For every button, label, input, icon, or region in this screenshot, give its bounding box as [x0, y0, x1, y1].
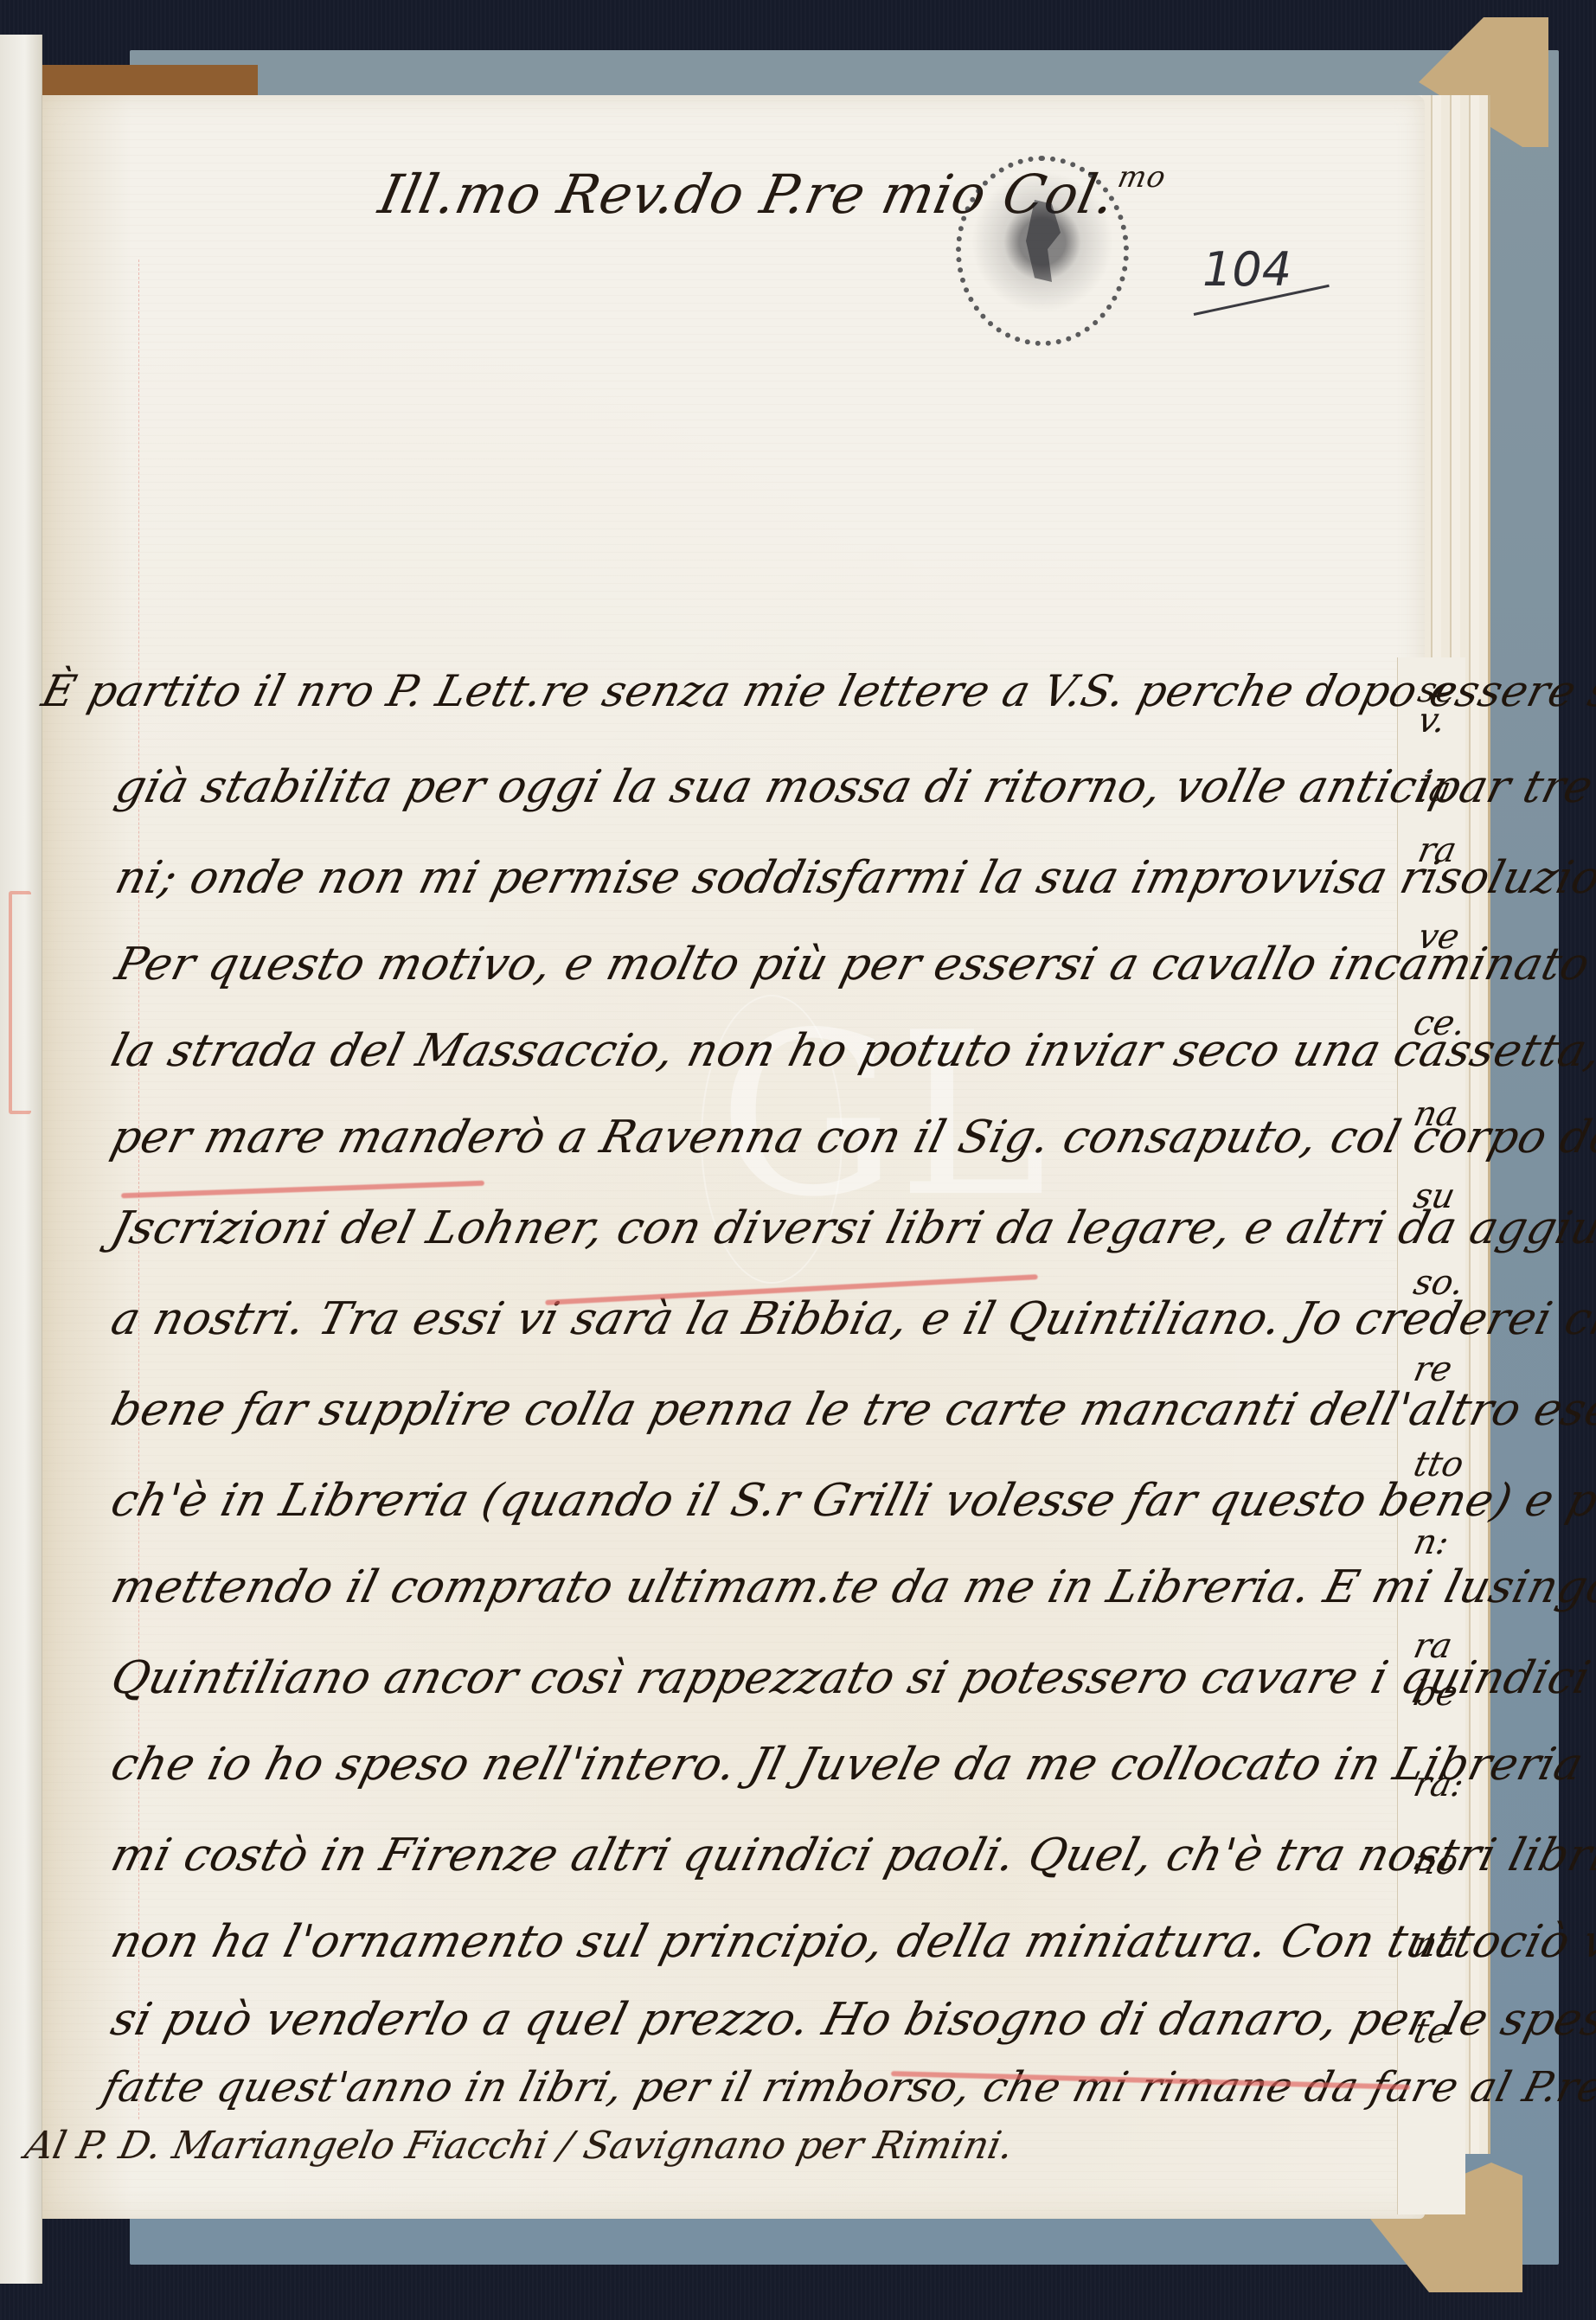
body-line: che io ho speso nell'intero. Jl Juvele d…: [106, 1739, 1589, 1791]
margin-fragment: be: [1410, 1674, 1461, 1714]
margin-fragment: ra:: [1410, 1765, 1467, 1804]
body-line: ch'è in Libreria (quando il S.r Grilli v…: [106, 1475, 1596, 1527]
body-line: Jscrizioni del Lohner, con diversi libri…: [106, 1202, 1596, 1254]
body-line: bene far supplire colla penna le tre car…: [106, 1384, 1596, 1436]
left-vellum-leaf: [0, 35, 42, 2284]
address-line: Al P. D. Mariangelo Fiacchi / Savignano …: [22, 2124, 1018, 2168]
margin-fragment: ce.: [1410, 1003, 1470, 1043]
body-line: la strada del Massaccio, non ho potuto i…: [106, 1025, 1596, 1077]
body-line: mettendo il comprato ultimam.te da me in…: [106, 1561, 1596, 1613]
archive-stamp-icon: [956, 156, 1129, 346]
body-line: Per questo motivo, e molto più per esser…: [111, 939, 1596, 990]
body-line: per mare manderò a Ravenna con il Sig. c…: [106, 1112, 1596, 1163]
body-line: ni; onde non mi permise soddisfarmi la s…: [111, 852, 1596, 904]
margin-fragment: na: [1410, 1925, 1461, 1964]
margin-fragment: su: [1410, 1176, 1458, 1216]
red-pencil-bracket: [9, 891, 31, 1114]
body-line: È partito il nro P. Lett.re senza mie le…: [37, 666, 1596, 716]
margin-fragment: no: [1410, 1843, 1462, 1882]
margin-fragment: tto: [1410, 1445, 1467, 1484]
margin-fragment: ve: [1414, 917, 1463, 957]
margin-fragment: na: [1410, 1094, 1461, 1134]
body-line: non ha l'ornamento sul principio, della …: [106, 1916, 1596, 1968]
stamp-emblem-icon: [1022, 200, 1065, 282]
body-line: già stabilita per oggi la sua mossa di r…: [111, 761, 1596, 813]
body-line: si può venderlo a quel prezzo. Ho bisogn…: [106, 1994, 1596, 2046]
body-line: mi costò in Firenze altri quindici paoli…: [106, 1830, 1596, 1881]
body-line: a nostri. Tra essi vi sarà la Bibbia, e …: [106, 1293, 1596, 1345]
salutation-superscript: mo: [1115, 160, 1170, 195]
body-line: Quintiliano ancor così rappezzato si pot…: [106, 1652, 1596, 1704]
margin-fragment: so.: [1410, 1263, 1467, 1303]
folio-number: 104: [1202, 242, 1292, 297]
